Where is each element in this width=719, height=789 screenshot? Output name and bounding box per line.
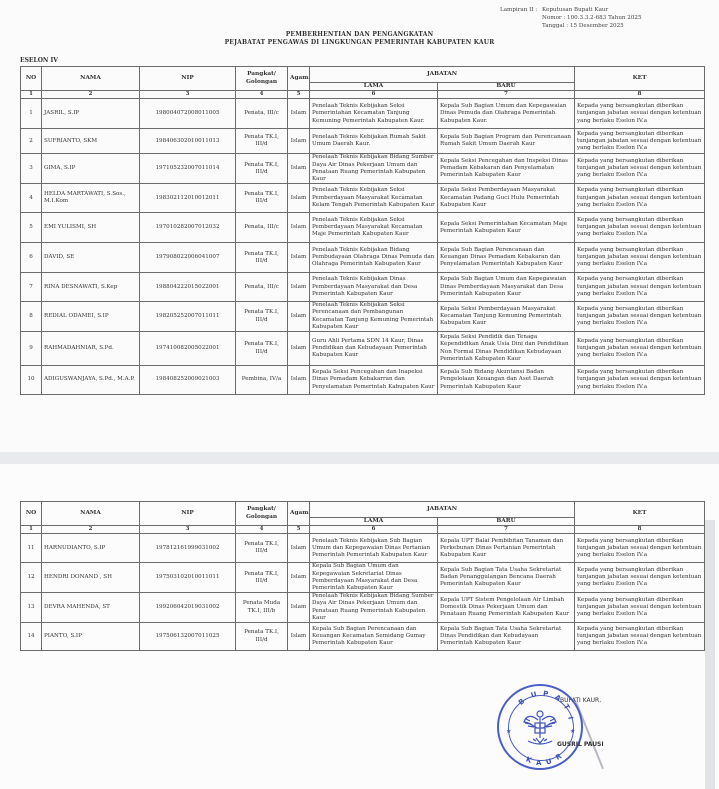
employee-rank: Penata TK.I, III/d (236, 534, 288, 563)
old-position: Penelaah Teknis Kebijakan Bidang Sumber … (310, 593, 438, 623)
row-number: 3 (21, 154, 42, 184)
table-row: 2SUFRIANTO, SKM198406302010011013Penata … (21, 129, 705, 154)
header-jabatan: JABATAN (310, 502, 575, 518)
row-number: 8 (21, 302, 42, 332)
employee-religion: Islam (288, 302, 310, 332)
old-position: Penelaah Teknis Kebijakan Bidang Sumber … (310, 154, 438, 184)
employee-name: DAVID, SE (42, 243, 140, 273)
table-row: 1JASRIL, S.IP198004072008011005Penata, I… (21, 99, 705, 129)
table-row: 13DEVRA MAHENDA, ST199206042019031002Pen… (21, 593, 705, 623)
col-number: 1 (21, 91, 42, 99)
row-number: 11 (21, 534, 42, 563)
row-number: 7 (21, 273, 42, 302)
col-number: 7 (438, 526, 575, 534)
employee-rank: Pembina, IV/a (236, 366, 288, 395)
employee-religion: Islam (288, 593, 310, 623)
employee-name: RAHMADAHNIAR, S.Pd. (42, 332, 140, 366)
old-position: Penelaah Teknis Kebijakan Sub Bagian Umu… (310, 534, 438, 563)
employee-name: REDIAL ODAMEI, S.IP (42, 302, 140, 332)
new-position: Kepala UPT Balai Pembibitan Tanaman dan … (438, 534, 575, 563)
header-pangkat: Pangkat/ Golongan (236, 67, 288, 91)
old-position: Penelaah Teknis Kebijakan Seksi Pemberda… (310, 184, 438, 213)
header-baru: BARU (438, 518, 575, 526)
employee-religion: Islam (288, 332, 310, 366)
old-position: Penelaah Teknis Kebijakan Seksi Pemerint… (310, 99, 438, 129)
employee-name: HELDA MARTAWATI, S.Sos., M.I.Kom (42, 184, 140, 213)
col-number: 5 (288, 91, 310, 99)
remarks: Kepada yang bersangkutan diberikan tunja… (575, 154, 705, 184)
new-position: Kepala Sub Bagian Umum dan Kepegawaian D… (438, 273, 575, 302)
employee-rank: Penata, III/c (236, 273, 288, 302)
employee-religion: Islam (288, 563, 310, 593)
employee-nip: 197503102010011011 (140, 563, 236, 593)
table-row: 3GIMA, S.IP197105232007011014Penata TK.I… (21, 154, 705, 184)
employee-nip: 199206042019031002 (140, 593, 236, 623)
employee-religion: Islam (288, 623, 310, 651)
employee-nip: 197105232007011014 (140, 154, 236, 184)
lampiran-block: Lampiran II : Keputusan Bupati Kaur Nomo… (542, 6, 642, 31)
employee-name: HENDRI DONAND , SH (42, 563, 140, 593)
employee-rank: Penata, III/c (236, 213, 288, 243)
employee-religion: Islam (288, 213, 310, 243)
remarks: Kepada yang bersangkutan diberikan tunja… (575, 332, 705, 366)
row-number: 9 (21, 332, 42, 366)
lampiran-label: Lampiran II : (500, 6, 537, 14)
lampiran-keputusan: Keputusan Bupati Kaur (542, 6, 642, 14)
table-row: 6DAVID, SE197908022006041007Penata TK.I,… (21, 243, 705, 273)
official-stamp: B U P A T I K A U R ★ ★ (497, 684, 583, 770)
col-number: 2 (42, 526, 140, 534)
new-position: Kepala Seksi Pemberdayaan Masyarakat Kec… (438, 184, 575, 213)
header-baru: BARU (438, 83, 575, 91)
officials-table-page-1: NO NAMA NIP Pangkat/ Golongan Agama JABA… (20, 66, 705, 395)
employee-name: EMI YULISMI, SH (42, 213, 140, 243)
header-no: NO (21, 67, 42, 91)
new-position: Kepala Sub Bagian Tata Usaha Sekretariat… (438, 623, 575, 651)
officials-table-page-2: NO NAMA NIP Pangkat/ Golongan Agama JABA… (20, 501, 705, 651)
lampiran-tanggal: Tanggal : 15 Desember 2025 (542, 22, 642, 30)
header-nama: NAMA (42, 67, 140, 91)
header-ket: KET (575, 67, 705, 91)
col-number: 3 (140, 526, 236, 534)
table-row: 11HARNUDIANTO, S.IP197812161999031002Pen… (21, 534, 705, 563)
table-row: 14PIANTO, S.IP197506132007011025Penata T… (21, 623, 705, 651)
row-number: 5 (21, 213, 42, 243)
employee-nip: 198406302010011013 (140, 129, 236, 154)
col-number: 5 (288, 526, 310, 534)
remarks: Kepada yang bersangkutan diberikan tunja… (575, 563, 705, 593)
new-position: Kepala Seksi Pemberdayaan Masyarakat Kec… (438, 302, 575, 332)
garuda-emblem-icon (523, 708, 557, 746)
col-number: 4 (236, 526, 288, 534)
lampiran-nomor: Nomor : 100.3.3.2-683 Tahun 2025 (542, 14, 642, 22)
employee-nip: 198408252009021003 (140, 366, 236, 395)
header-agama: Agama (288, 502, 310, 526)
new-position: Kepala Sub Bagian Tata Usaha Sekretariat… (438, 563, 575, 593)
stamp-letter: U (545, 757, 553, 766)
table-body-page-2: 11HARNUDIANTO, S.IP197812161999031002Pen… (21, 534, 705, 651)
header-lama: LAMA (310, 83, 438, 91)
col-number: 3 (140, 91, 236, 99)
employee-nip: 198804222015022001 (140, 273, 236, 302)
table-row: 7RINA DESNAWATI, S.Kep198804222015022001… (21, 273, 705, 302)
employee-religion: Islam (288, 154, 310, 184)
col-number: 1 (21, 526, 42, 534)
stamp-letter: K (525, 755, 533, 764)
row-number: 10 (21, 366, 42, 395)
employee-name: DEVRA MAHENDA, ST (42, 593, 140, 623)
new-position: Kepala Seksi Pendidik dan Tenaga Kependi… (438, 332, 575, 366)
employee-rank: Penata TK.I, III/d (236, 332, 288, 366)
remarks: Kepada yang bersangkutan diberikan tunja… (575, 99, 705, 129)
table-body-page-1: 1JASRIL, S.IP198004072008011005Penata, I… (21, 99, 705, 395)
employee-religion: Islam (288, 99, 310, 129)
employee-name: RINA DESNAWATI, S.Kep (42, 273, 140, 302)
row-number: 2 (21, 129, 42, 154)
header-nip: NIP (140, 502, 236, 526)
remarks: Kepada yang bersangkutan diberikan tunja… (575, 623, 705, 651)
old-position: Kepala Sub Bagian Umum dan Kepegawaian S… (310, 563, 438, 593)
remarks: Kepada yang bersangkutan diberikan tunja… (575, 302, 705, 332)
old-position: Penelaah Teknis Kebijakan Seksi Perencan… (310, 302, 438, 332)
employee-name: HARNUDIANTO, S.IP (42, 534, 140, 563)
employee-nip: 198302112010012011 (140, 184, 236, 213)
table-row: 12HENDRI DONAND , SH197503102010011011Pe… (21, 563, 705, 593)
new-position: Kepala UPT Sistem Pengelolaan Air Limbah… (438, 593, 575, 623)
employee-name: PIANTO, S.IP (42, 623, 140, 651)
header-jabatan: JABATAN (310, 67, 575, 83)
old-position: Penelaah Teknis Kebijakan Bidang Pembuda… (310, 243, 438, 273)
header-agama: Agama (288, 67, 310, 91)
employee-nip: 198004072008011005 (140, 99, 236, 129)
col-number: 6 (310, 91, 438, 99)
header-nama: NAMA (42, 502, 140, 526)
employee-religion: Islam (288, 184, 310, 213)
col-number: 6 (310, 526, 438, 534)
employee-rank: Penata TK.I, III/d (236, 563, 288, 593)
table-row: 8REDIAL ODAMEI, S.IP198205252007011011Pe… (21, 302, 705, 332)
row-number: 4 (21, 184, 42, 213)
old-position: Penelaah Teknis Kebijakan Seksi Pemberda… (310, 213, 438, 243)
row-number: 1 (21, 99, 42, 129)
remarks: Kepada yang bersangkutan diberikan tunja… (575, 273, 705, 302)
old-position: Penelaah Teknis Kebijakan Rumah Sakit Um… (310, 129, 438, 154)
employee-religion: Islam (288, 273, 310, 302)
employee-nip: 197506132007011025 (140, 623, 236, 651)
star-icon: ★ (570, 728, 575, 735)
header-lama: LAMA (310, 518, 438, 526)
table-row: 10ADIGUSWANJAYA, S.Pd., M.A.P.1984082520… (21, 366, 705, 395)
employee-rank: Penata, III/c (236, 99, 288, 129)
remarks: Kepada yang bersangkutan diberikan tunja… (575, 593, 705, 623)
table-row: 4HELDA MARTAWATI, S.Sos., M.I.Kom1983021… (21, 184, 705, 213)
table-row: 9RAHMADAHNIAR, S.Pd.197410082005022001Pe… (21, 332, 705, 366)
col-number: 8 (575, 91, 705, 99)
row-number: 13 (21, 593, 42, 623)
document-title-line2: PEJABATAT PENGAWAS DI LINGKUNGAN PEMERIN… (0, 39, 719, 47)
remarks: Kepada yang bersangkutan diberikan tunja… (575, 184, 705, 213)
employee-nip: 197010282007012032 (140, 213, 236, 243)
old-position: Guru Ahli Pertama SDN 14 Kaur, Dinas Pen… (310, 332, 438, 366)
employee-rank: Penata Muda TK.I, III/b (236, 593, 288, 623)
new-position: Kepala Sub Bagian Perencanaan dan Keuang… (438, 243, 575, 273)
new-position: Kepala Seksi Pencegahan dan Inspeksi Din… (438, 154, 575, 184)
signatory-name: GUSRIL PAUSI (557, 741, 604, 748)
old-position: Kepala Seksi Pencegahan dan Inapeksi Din… (310, 366, 438, 395)
employee-name: JASRIL, S.IP (42, 99, 140, 129)
header-ket: KET (575, 502, 705, 526)
stamp-letter: U (530, 690, 538, 699)
employee-religion: Islam (288, 129, 310, 154)
employee-religion: Islam (288, 534, 310, 563)
employee-nip: 197410082005022001 (140, 332, 236, 366)
new-position: Kepala Seksi Pemerintahan Kecamatan Maje… (438, 213, 575, 243)
page-separator (0, 452, 719, 464)
old-position: Penelaah Teknis Kebijakan Dinas Pemberda… (310, 273, 438, 302)
employee-name: GIMA, S.IP (42, 154, 140, 184)
document-page-1: Lampiran II : Keputusan Bupati Kaur Nomo… (0, 0, 719, 452)
employee-rank: Penata TK.I, III/d (236, 154, 288, 184)
row-number: 14 (21, 623, 42, 651)
col-number: 7 (438, 91, 575, 99)
scrollbar-track[interactable] (705, 520, 715, 789)
employee-rank: Penata TK.I, III/d (236, 129, 288, 154)
new-position: Kepala Sub Bagian Umum dan Kepegawaian D… (438, 99, 575, 129)
star-icon: ★ (506, 728, 511, 735)
eselon-label: ESELON IV (20, 57, 58, 64)
employee-rank: Penata TK.I, III/d (236, 623, 288, 651)
document-title-line1: PEMBERHENTIAN DAN PENGANGKATAN (0, 31, 719, 39)
col-number: 4 (236, 91, 288, 99)
remarks: Kepada yang bersangkutan diberikan tunja… (575, 243, 705, 273)
employee-nip: 197908022006041007 (140, 243, 236, 273)
header-no: NO (21, 502, 42, 526)
remarks: Kepada yang bersangkutan diberikan tunja… (575, 129, 705, 154)
employee-nip: 197812161999031002 (140, 534, 236, 563)
row-number: 12 (21, 563, 42, 593)
row-number: 6 (21, 243, 42, 273)
header-pangkat: Pangkat/ Golongan (236, 502, 288, 526)
employee-rank: Penata TK.I, III/d (236, 302, 288, 332)
employee-nip: 198205252007011011 (140, 302, 236, 332)
new-position: Kepala Sub Bagian Program dan Perencanaa… (438, 129, 575, 154)
col-number: 2 (42, 91, 140, 99)
employee-name: SUFRIANTO, SKM (42, 129, 140, 154)
new-position: Kepala Sub Bidang Akuntansi Badan Pengel… (438, 366, 575, 395)
employee-rank: Penata TK.I, III/d (236, 243, 288, 273)
remarks: Kepada yang bersangkutan diberikan tunja… (575, 534, 705, 563)
table-row: 5EMI YULISMI, SH197010282007012032Penata… (21, 213, 705, 243)
header-nip: NIP (140, 67, 236, 91)
employee-rank: Penata TK.I, III/d (236, 184, 288, 213)
employee-religion: Islam (288, 366, 310, 395)
employee-name: ADIGUSWANJAYA, S.Pd., M.A.P. (42, 366, 140, 395)
stamp-letter: A (536, 759, 541, 767)
employee-religion: Islam (288, 243, 310, 273)
old-position: Kepala Sub Bagian Perencanaan dan Keuang… (310, 623, 438, 651)
remarks: Kepada yang bersangkutan diberikan tunja… (575, 213, 705, 243)
col-number: 8 (575, 526, 705, 534)
remarks: Kepada yang bersangkutan diberikan tunja… (575, 366, 705, 395)
